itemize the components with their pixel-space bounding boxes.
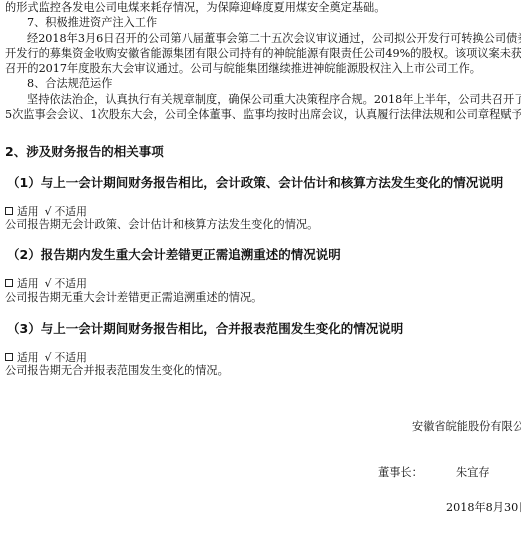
document-page: 的形式监控各发电公司电煤来耗存情况，为保障迎峰度夏用煤安全奠定基础。 7、积极推… bbox=[0, 0, 521, 538]
applicable-label: 适用 bbox=[17, 351, 39, 364]
subsection-3-title: （3）与上一会计期间财务报告相比，合并报表范围发生变化的情况说明 bbox=[7, 319, 403, 337]
applicable-label: 适用 bbox=[17, 277, 39, 290]
heading-financial-report-matters: 2、涉及财务报告的相关事项 bbox=[5, 142, 164, 160]
applicable-checkbox bbox=[5, 353, 13, 361]
section-7-line: 开发行的募集资金收购安徽省能源集团有限公司持有的神皖能源有限责任公司49%的股权… bbox=[5, 47, 521, 61]
chairman-label: 董事长： bbox=[378, 464, 423, 480]
section-8-line: 5次监事会会议、1次股东大会，公司全体董事、监事均按时出席会议，认真履行法律法规… bbox=[5, 108, 521, 122]
applicable-label: 适用 bbox=[17, 205, 39, 218]
section-7-line: 经2018年3月6日召开的公司第八届董事会第二十五次会议审议通过，公司拟公开发行… bbox=[27, 32, 521, 46]
subsection-3-applicability: 适用√不适用 bbox=[5, 350, 87, 365]
chairman-name: 朱宜存 bbox=[456, 464, 490, 480]
section-8-line: 坚持依法治企，认真执行有关规章制度，确保公司重大决策程序合规。2018年上半年，… bbox=[27, 93, 521, 107]
subsection-3-statement: 公司报告期无合并报表范围发生变化的情况。 bbox=[5, 364, 229, 378]
subsection-2-title: （2）报告期内发生重大会计差错更正需追溯重述的情况说明 bbox=[7, 245, 341, 263]
intro-line: 的形式监控各发电公司电煤来耗存情况，为保障迎峰度夏用煤安全奠定基础。 bbox=[5, 1, 385, 15]
not-applicable-label: 不适用 bbox=[54, 277, 86, 290]
applicable-checkbox bbox=[5, 279, 13, 287]
not-applicable-label: 不适用 bbox=[54, 205, 86, 218]
not-applicable-label: 不适用 bbox=[54, 351, 86, 364]
company-name: 安徽省皖能股份有限公司 bbox=[412, 418, 521, 434]
subsection-1-applicability: 适用√不适用 bbox=[5, 204, 87, 219]
report-date: 2018年8月30日 bbox=[446, 499, 521, 515]
subsection-2-statement: 公司报告期无重大会计差错更正需追溯重述的情况。 bbox=[5, 291, 262, 305]
subsection-2-applicability: 适用√不适用 bbox=[5, 276, 87, 291]
subsection-1-title: （1）与上一会计期间财务报告相比，会计政策、会计估计和核算方法发生变化的情况说明 bbox=[7, 173, 503, 191]
applicable-checkbox bbox=[5, 207, 13, 215]
section-8-title: 8、合法规范运作 bbox=[27, 77, 112, 91]
check-mark-icon: √ bbox=[45, 351, 52, 364]
section-7-line: 召开的2017年度股东大会审议通过。公司与皖能集团继续推进神皖能源股权注入上市公… bbox=[5, 62, 481, 76]
check-mark-icon: √ bbox=[45, 205, 52, 218]
section-7-title: 7、积极推进资产注入工作 bbox=[27, 16, 157, 30]
subsection-1-statement: 公司报告期无会计政策、会计估计和核算方法发生变化的情况。 bbox=[5, 218, 318, 232]
check-mark-icon: √ bbox=[45, 277, 52, 290]
